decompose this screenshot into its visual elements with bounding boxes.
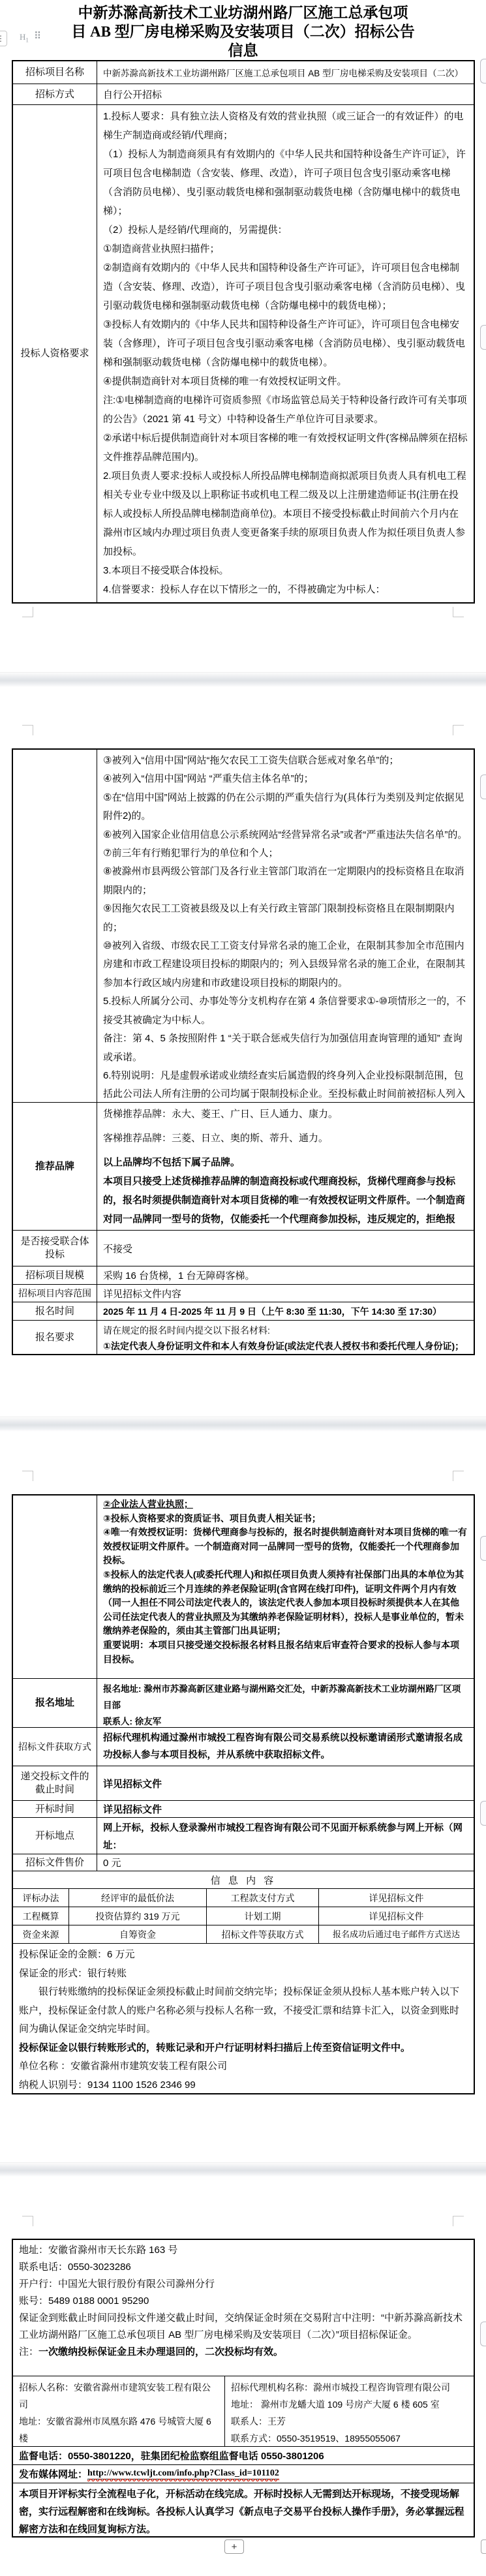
page-corner-mark: [443, 2216, 453, 2226]
payment-method-value: 详见招标文件: [319, 1889, 474, 1907]
document-page-4: 地址：安徽省滁州市天长东路 163 号 联系电话：0550-3023286 开户…: [0, 2177, 486, 2576]
table-row: 递交投标文件的截止时间 详见招标文件: [13, 1766, 474, 1800]
field-value-signup-address: 报名地址: 滁州市苏滁高新区建业路与湖州路交汇处，中新苏滁高新技术工业坊湖州路厂…: [97, 1679, 474, 1727]
table-row: 开标地点 网上开标，投标人登录滁州市城投工程咨询有限公司不见面开标系统参与网上开…: [13, 1817, 474, 1854]
agency-contact: 联系人：王芳: [231, 2413, 468, 2430]
paragraph: 3.本项目不接受联合体投标。: [103, 561, 468, 580]
field-label-project-name: 招标项目名称: [13, 61, 97, 84]
document-page-3: ②企业法人营业执照； ③投标人资格要求的资质证书、项目负责人相关证书； ④唯一有…: [0, 1432, 486, 2162]
field-label-doc-price: 招标文件售价: [13, 1854, 97, 1871]
field-value-project-name: 中新苏滁高新技术工业坊湖州路厂区施工总承包项目 AB 型厂房电梯采购及安装项目（…: [97, 61, 474, 84]
table-row: 地址：安徽省滁州市天长东路 163 号 联系电话：0550-3023286 开户…: [13, 2240, 474, 2376]
info-table-page1: 招标项目名称 中新苏滁高新技术工业坊湖州路厂区施工总承包项目 AB 型厂房电梯采…: [12, 60, 475, 604]
freight-brands: 货梯推荐品牌：永大、菱王、广日、巨人通力、康力。: [103, 1105, 468, 1124]
schedule-label: 计划工期: [207, 1907, 319, 1925]
field-label-signup-time: 报名时间: [13, 1302, 97, 1320]
table-row: 是否接受联合体投标 不接受: [13, 1230, 474, 1266]
doc-delivery-label: 招标文件等获取方式: [207, 1925, 319, 1943]
paragraph: 备注：第 4、5 条按照附件 1 “关于联合惩戒失信行为加强信用查询管理的通知”…: [103, 1030, 468, 1067]
budget-value: 投资估算约 319 万元: [69, 1907, 207, 1925]
paragraph: 6.特别说明：凡是虚假承诺或业绩经查实后属造假的终身列入企业投标限制范围，包括此…: [103, 1067, 468, 1102]
field-value-scope: 详见招标文件内容: [97, 1285, 474, 1302]
add-row-button[interactable]: +: [224, 2539, 244, 2554]
field-label-submit-deadline: 递交投标文件的截止时间: [13, 1766, 97, 1800]
bidder-info-cell: 招标人名称：安徽省滁州市建筑安装工程有限公司 地址：安徽省滁州市凤凰东路 476…: [13, 2376, 225, 2446]
field-label-signup-req: 报名要求: [13, 1321, 97, 1354]
deposit-account-name: 单位名称 ：安徽省滁州市建筑安装工程有限公司: [19, 2057, 468, 2076]
page-corner-mark: [33, 607, 43, 617]
info-table-page2: ③被列入“信用中国”网站“拖欠农民工工资失信联合惩戒对象名单”的； ④被列入“信…: [12, 748, 475, 1355]
paragraph: ②承诺中标后提供制造商针对本项目客梯的唯一有效授权证明文件(客梯品牌须在招标文件…: [103, 429, 468, 467]
field-label-method: 招标方式: [13, 84, 97, 104]
ellipsis-icon: ⋮: [0, 34, 5, 43]
payment-method-label: 工程款支付方式: [207, 1889, 319, 1907]
paragraph: ⑦前三年有行贿犯罪行为的单位和个人；: [103, 844, 468, 863]
signup-address-line: 报名地址: 滁州市苏滁高新区建业路与湖州路交汇处，中新苏滁高新技术工业坊湖州路厂…: [103, 1681, 468, 1713]
field-label-open-place: 开标地点: [13, 1818, 97, 1854]
agency-info-cell: 招标代理机构名称：滁州市城投工程咨询管理有限公司 地址： 滁州市龙蟠大道 109…: [225, 2376, 474, 2446]
paragraph: ②制造商有效期内的《中华人民共和国特种设备生产许可证》，许可项目包含电梯制造（含…: [103, 258, 468, 315]
bidder-name: 招标人名称：安徽省滁州市建筑安装工程有限公司: [19, 2379, 219, 2413]
deposit-upload-rule: 投标保证金以银行转账形式的，转账记录和开户行证明材料扫描后上传至资信证明文件中。: [19, 2039, 468, 2058]
field-label-scale: 招标项目规模: [13, 1266, 97, 1284]
page-separator: [0, 672, 486, 687]
paragraph: ⑥被列入国家企业信用信息公示系统网站“经营异常名录”或者“严重违法失信名单”的。: [103, 826, 468, 844]
paragraph: ③被列入“信用中国”网站“拖欠农民工工资失信联合惩戒对象名单”的；: [103, 752, 468, 770]
schedule-value: 详见招标文件: [319, 1907, 474, 1925]
paragraph: ①法定代表人身份证明文件和本人有效身份证(或法定代表人授权书和委托代理人身份证)…: [103, 1338, 468, 1354]
deposit-deadline-note: 保证金到账截止时间同投标文件递交截止时间，交纳保证金时须在交易附言中注明：“中新…: [19, 2310, 468, 2344]
field-value-scale: 采购 16 台货梯，1 台无障碍客梯。: [97, 1266, 474, 1284]
paragraph: （1）投标人为制造商须具有有效期内的《中华人民共和国特种设备生产许可证》，许可项…: [103, 145, 468, 221]
paragraph: ③投标人资格要求的资质证书、项目负责人相关证书；: [103, 1512, 468, 1526]
deposit-tax-id: 纳税人识别号：9134 1100 1526 2346 99: [19, 2076, 468, 2094]
margin-side-button[interactable]: [481, 2539, 486, 2554]
page-separator: [0, 1417, 486, 1432]
deposit-amount: 投标保证金的金额：6 万元: [19, 1946, 468, 1965]
budget-label: 工程概算: [13, 1907, 69, 1925]
paragraph: 1.投标人要求：具有独立法人资格及有效的营业执照（或三证合一的有效证件）的电梯生…: [103, 107, 468, 145]
deposit-transfer-rule: 银行转账缴纳的投标保证金须投标截止时间前交纳完毕；投标保证金须从投标人基本账户转…: [19, 1983, 468, 2039]
paragraph: ①制造商营业执照扫描件；: [103, 239, 468, 258]
deposit-bank-phone: 联系电话：0550-3023286: [19, 2259, 468, 2276]
open-place-text: 网上开标，投标人登录滁州市城投工程咨询有限公司不见面开标系统参与网上开标（网址：: [103, 1820, 468, 1854]
fund-source-value: 自筹资金: [69, 1925, 207, 1943]
field-value-open-place: 网上开标，投标人登录滁州市城投工程咨询有限公司不见面开标系统参与网上开标（网址：…: [97, 1818, 474, 1854]
field-value-submit-deadline: 详见招标文件: [97, 1766, 474, 1800]
info-table-page3: ②企业法人营业执照； ③投标人资格要求的资质证书、项目负责人相关证书； ④唯一有…: [12, 1494, 475, 2094]
field-label-doc-obtain: 招标文件获取方式: [13, 1728, 97, 1766]
media-row: 发布媒体网址：http://www.tcwljt.com/info.php?Cl…: [13, 2465, 474, 2483]
drag-handle-icon[interactable]: ⠿: [34, 30, 42, 42]
page-corner-mark: [443, 607, 453, 617]
table-row: 投标人资格要求 1.投标人要求：具有独立法人资格及有效的营业执照（或三证合一的有…: [13, 104, 474, 602]
table-row: 开标时间 详见招标文件: [13, 1800, 474, 1817]
paragraph: ⑤在“信用中国”网站上披露的仍在公示期的严重失信行为(具体行为类别及判定依据见附…: [103, 789, 468, 826]
paragraph: （2）投标人是经销/代理商的，另需提供：: [103, 221, 468, 239]
table-row: 投标保证金的金额：6 万元 保证金的形式：银行转账 银行转账缴纳的投标保证金须投…: [13, 1943, 474, 2093]
field-value-joint-venture: 不接受: [97, 1231, 474, 1266]
field-value-method: 自行公开招标: [97, 84, 474, 104]
info-section-header: 信 息 内 容: [13, 1871, 474, 1888]
table-row: ②企业法人营业执照； ③投标人资格要求的资质证书、项目负责人相关证书； ④唯一有…: [13, 1495, 474, 1678]
page-separator: [0, 2162, 486, 2177]
field-label-qualification: 投标人资格要求: [13, 105, 97, 602]
paragraph: 2.项目负责人要求:投标人或投标人所投品牌电梯制造商拟派项目负责人具有机电工程相…: [103, 467, 468, 561]
page-corner-mark: [443, 1471, 453, 1481]
page-corner-mark: [33, 1471, 43, 1481]
media-url-link[interactable]: http://www.tcwljt.com/info.php?Class_id=…: [87, 2468, 279, 2479]
page-corner-mark: [33, 725, 43, 735]
paragraph: ⑤投标人的法定代表人(或委托代理人)和拟任项目负责人须持有社保部门出具的本单位为…: [103, 1568, 468, 1638]
table-row: 工程概算 投资估算约 319 万元 计划工期 详见招标文件: [13, 1907, 474, 1925]
deposit-validity-note: 注：一次缴纳投标保证金且未办理退回的，二次投标均有效。: [19, 2344, 468, 2361]
table-row: 本项目开评标实行全流程电子化，开标活动在线完成。开标时投标人无需到达开标现场，不…: [13, 2483, 474, 2536]
info-table-page4: 地址：安徽省滁州市天长东路 163 号 联系电话：0550-3023286 开户…: [12, 2239, 475, 2538]
table-row: 招标项目名称 中新苏滁高新技术工业坊湖州路厂区施工总承包项目 AB 型厂房电梯采…: [13, 61, 474, 84]
paragraph: 请在规定的报名时间内提交以下报名材料:: [103, 1323, 468, 1338]
field-label-joint-venture: 是否接受联合体投标: [13, 1231, 97, 1266]
heading-level-marker: H1: [20, 32, 29, 44]
deposit-section-cont: 地址：安徽省滁州市天长东路 163 号 联系电话：0550-3023286 开户…: [13, 2240, 474, 2376]
table-row: 招标文件获取方式 招标代理机构通过滁州市城投工程咨询有限公司交易系统以投标邀请函…: [13, 1727, 474, 1766]
agency-phone: 联系方式：0550-3519519、18955055067: [231, 2430, 468, 2446]
table-row: 招标项目规模 采购 16 台货梯，1 台无障碍客梯。: [13, 1266, 474, 1284]
title-line-3: 信息: [0, 41, 486, 60]
electronic-bidding-note: 本项目开评标实行全流程电子化，开标活动在线完成。开标时投标人无需到达开标现场，不…: [13, 2483, 474, 2536]
passenger-brands: 客梯推荐品牌：三菱、日立、奥的斯、蒂升、通力。: [103, 1129, 468, 1148]
paragraph: ④提供制造商针对本项目货梯的唯一有效授权证明文件。: [103, 372, 468, 391]
paragraph: ③投标人有效期内的《中华人民共和国特种设备生产许可证》，许可项目包含电梯安装（含…: [103, 315, 468, 372]
bidder-address: 地址：安徽省滁州市凤凰东路 476 号城管大厦 6 楼: [19, 2413, 219, 2446]
field-label-signup-address: 报名地址: [13, 1679, 97, 1727]
field-value-doc-obtain: 招标代理机构通过滁州市城投工程咨询有限公司交易系统以投标邀请函形式邀请报名成功投…: [97, 1728, 474, 1766]
table-row: 监督电话：0550-3801220，驻集团纪检监察组监督电话 0550-3801…: [13, 2446, 474, 2464]
supervision-phone: 监督电话：0550-3801220，驻集团纪检监察组监督电话 0550-3801…: [13, 2447, 474, 2464]
doc-delivery-value: 报名成功后通过电子邮件方式送达: [319, 1925, 474, 1943]
title-line-1: 中新苏滁高新技术工业坊湖州路厂区施工总承包项: [0, 3, 486, 22]
table-row: 招标人名称：安徽省滁州市建筑安装工程有限公司 地址：安徽省滁州市凤凰东路 476…: [13, 2376, 474, 2446]
deposit-bank-name: 开户行：中国光大银行股份有限公司滁州分行: [19, 2276, 468, 2293]
table-row: 报名时间 2025 年 11 月 4 日-2025 年 11 月 9 日（上午 …: [13, 1302, 474, 1320]
deposit-account-number: 账号：5489 0188 0001 95290: [19, 2293, 468, 2310]
paragraph: 4.信誉要求：投标人存在以下情形之一的，不得被确定为中标人：: [103, 580, 468, 599]
paragraph: ⑧被滁州市县两级公管部门及各行业主管部门取消在一定期限内的投标资格且在取消期限内…: [103, 863, 468, 900]
paragraph: ⑨因拖欠农民工工资被县级及以上有关行政主管部门限制投标资格且在限制期限内的；: [103, 900, 468, 937]
margin-side-button[interactable]: [480, 1536, 486, 1561]
field-value-open-time: 详见招标文件: [97, 1801, 474, 1817]
field-value-doc-price: 0 元: [97, 1854, 474, 1871]
field-label-signup-req-cont: [13, 1495, 97, 1678]
field-value-signup-time: 2025 年 11 月 4 日-2025 年 11 月 9 日（上午 8:30 …: [97, 1302, 474, 1320]
field-label-brands: 推荐品牌: [13, 1103, 97, 1230]
paragraph: ④被列入“信用中国”网站 “严重失信主体名单”的；: [103, 770, 468, 788]
table-row: 资金来源 自筹资金 招标文件等获取方式 报名成功后通过电子邮件方式送达: [13, 1925, 474, 1943]
signup-contact-line: 联系人: 徐友军: [103, 1713, 468, 1727]
note-prefix: 注：: [19, 2346, 38, 2357]
table-row: 招标文件售价 0 元: [13, 1854, 474, 1871]
media-label: 发布媒体网址：: [19, 2467, 87, 2481]
note-bold-text: 一次缴纳投标保证金且未办理退回的，二次投标均有效。: [38, 2346, 283, 2357]
page-corner-mark: [33, 2216, 43, 2226]
document-title: 中新苏滁高新技术工业坊湖州路厂区施工总承包项 目 AB 型厂房电梯采购及安装项目…: [0, 0, 486, 60]
table-row: 招标项目内容范围 详见招标文件内容: [13, 1284, 474, 1302]
paragraph: 重要说明：本项目只接受递交投标报名材料且报名结束后审查符合要求的投标人参与本项目…: [103, 1638, 468, 1666]
deposit-section: 投标保证金的金额：6 万元 保证金的形式：银行转账 银行转账缴纳的投标保证金须投…: [13, 1944, 474, 2093]
margin-side-button[interactable]: [480, 1801, 486, 1826]
paragraph: ①被列入“信用中国”网站“失信被执行人”的;: [103, 599, 468, 602]
brands-rule: 本项目只接受上述货梯推荐品牌的制造商投标或代理商投标，货梯代理商参与投标的，报名…: [103, 1172, 468, 1230]
margin-side-button[interactable]: [480, 774, 486, 799]
fund-source-label: 资金来源: [13, 1925, 69, 1943]
table-row: 发布媒体网址：http://www.tcwljt.com/info.php?Cl…: [13, 2464, 474, 2483]
field-value-signup-req: 请在规定的报名时间内提交以下报名材料: ①法定代表人身份证明文件和本人有效身份证…: [97, 1321, 474, 1354]
paragraph: 5.投标人所属分公司、办事处等分支机构存在第 4 条信誉要求①-⑩项情形之一的，…: [103, 992, 468, 1030]
margin-side-button[interactable]: [480, 2322, 486, 2346]
plus-icon: +: [232, 2541, 237, 2553]
deposit-bank-address: 地址：安徽省滁州市天长东路 163 号: [19, 2242, 468, 2259]
field-label-qualification-cont: [13, 750, 97, 1102]
paragraph: ④唯一有效授权证明：货梯代理商参与投标的，报名时提供制造商针对本项目货梯的唯一有…: [103, 1526, 468, 1568]
paragraph: ⑩被列入省级、市级农民工工资支付异常名录的施工企业，在限制其参加全市范围内房建和…: [103, 937, 468, 992]
field-value-qualification: 1.投标人要求：具有独立法人资格及有效的营业执照（或三证合一的有效证件）的电梯生…: [97, 105, 474, 602]
table-row: 报名要求 请在规定的报名时间内提交以下报名材料: ①法定代表人身份证明文件和本人…: [13, 1320, 474, 1354]
table-row: ③被列入“信用中国”网站“拖欠农民工工资失信联合惩戒对象名单”的； ④被列入“信…: [13, 750, 474, 1102]
agency-name: 招标代理机构名称：滁州市城投工程咨询管理有限公司: [231, 2379, 468, 2396]
title-line-2: 目 AB 型厂房电梯采购及安装项目（二次）招标公告: [0, 22, 486, 41]
document-page-1: ⋮ H1 ⠿ 中新苏滁高新技术工业坊湖州路厂区施工总承包项 目 AB 型厂房电梯…: [0, 0, 486, 672]
paragraph: ②企业法人营业执照；: [103, 1497, 468, 1512]
paragraph: 注:①电梯制造商的电梯许可资质参照《市场监管总局关于特种设备行政许可有关事项的公…: [103, 391, 468, 429]
paragraph-text: 6.特别说明：凡是虚假承诺或业绩经查实后属造假的终身列入企业投标限制范围，包括此…: [103, 1070, 465, 1102]
margin-side-button[interactable]: [480, 59, 486, 84]
brands-note: 以上品牌均不包括下属子品牌。: [103, 1153, 468, 1172]
eval-method-value: 经评审的最低价法: [69, 1889, 207, 1907]
agency-address: 地址： 滁州市龙蟠大道 109 号房产大厦 6 楼 605 室: [231, 2396, 468, 2413]
table-row: 推荐品牌 货梯推荐品牌：永大、菱王、广日、巨人通力、康力。 客梯推荐品牌：三菱、…: [13, 1102, 474, 1230]
field-value-brands: 货梯推荐品牌：永大、菱王、广日、巨人通力、康力。 客梯推荐品牌：三菱、日立、奥的…: [97, 1103, 474, 1230]
page-corner-mark: [443, 725, 453, 735]
field-label-open-time: 开标时间: [13, 1801, 97, 1817]
deposit-form: 保证金的形式：银行转账: [19, 1965, 468, 1984]
table-row: 招标方式 自行公开招标: [13, 84, 474, 104]
field-value-qualification-cont: ③被列入“信用中国”网站“拖欠农民工工资失信联合惩戒对象名单”的； ④被列入“信…: [97, 750, 474, 1102]
table-row: 评标办法 经评审的最低价法 工程款支付方式 详见招标文件: [13, 1888, 474, 1907]
eval-method-label: 评标办法: [13, 1889, 69, 1907]
field-label-scope: 招标项目内容范围: [13, 1285, 97, 1302]
document-page-2: ③被列入“信用中国”网站“拖欠农民工工资失信联合惩戒对象名单”的； ④被列入“信…: [0, 687, 486, 1417]
table-row: 报名地址 报名地址: 滁州市苏滁高新区建业路与湖州路交汇处，中新苏滁高新技术工业…: [13, 1678, 474, 1727]
margin-side-button[interactable]: [480, 325, 486, 350]
field-value-signup-req-cont: ②企业法人营业执照； ③投标人资格要求的资质证书、项目负责人相关证书； ④唯一有…: [97, 1495, 474, 1678]
margin-overflow-button[interactable]: ⋮: [0, 31, 7, 46]
